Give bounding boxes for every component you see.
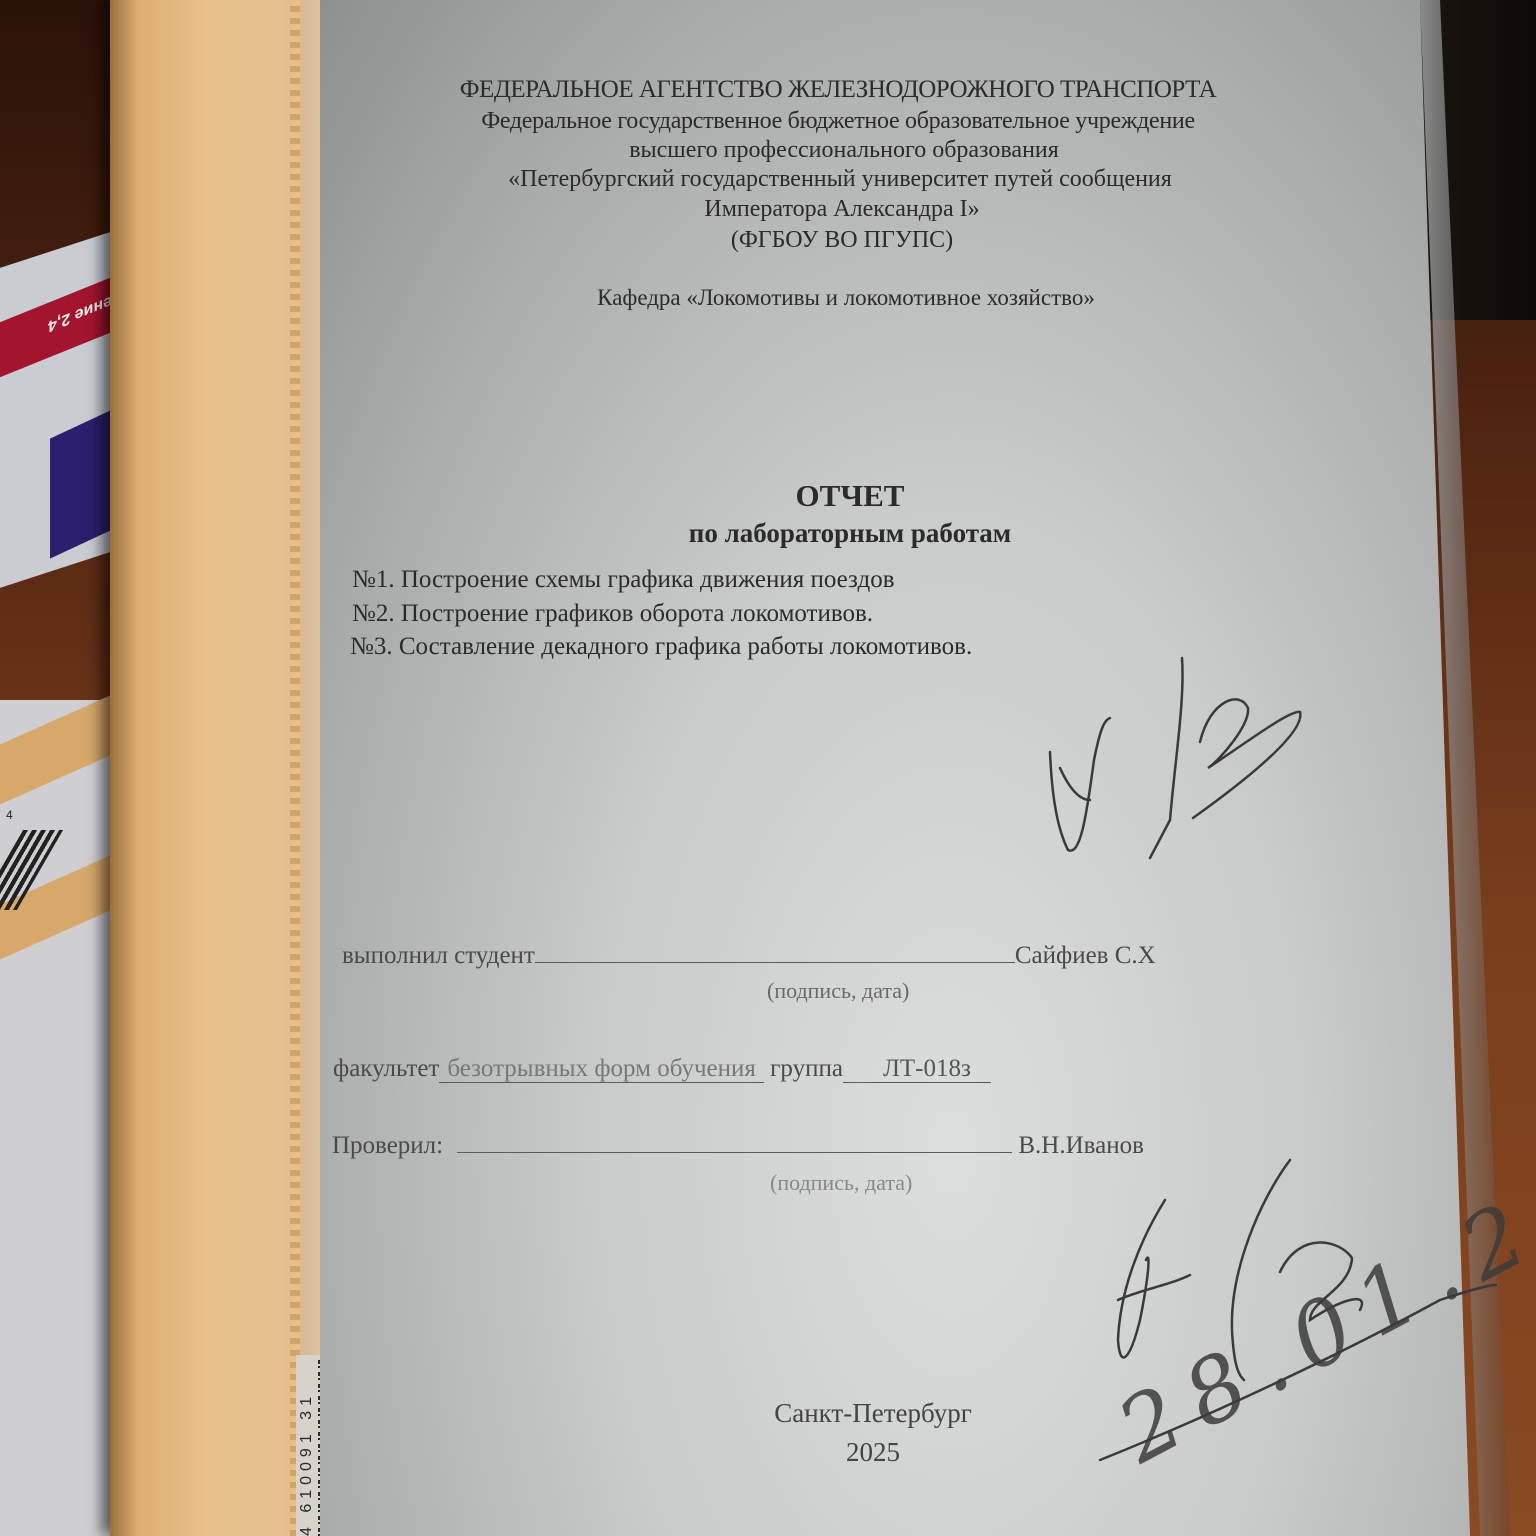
- barcode-digits: 4 610091 31: [298, 1355, 316, 1536]
- checker-row: Проверил: В.Н.Иванов: [332, 1130, 1144, 1160]
- university-line-2: Императора Александра I»: [704, 196, 979, 223]
- university-abbreviation: (ФГБОУ ВО ПГУПС): [731, 227, 953, 254]
- checker-name: В.Н.Иванов: [1018, 1132, 1144, 1159]
- city: Санкт-Петербург: [774, 1398, 972, 1429]
- department: Кафедра «Локомотивы и локомотивное хозяй…: [597, 285, 1095, 311]
- lab-work-2: №2. Построение графиков оборота локомоти…: [352, 600, 873, 628]
- report-title: ОТЧЕТ: [796, 478, 905, 514]
- student-name: Сайфиев С.Х: [1015, 942, 1156, 969]
- faculty-label: факультет: [333, 1055, 439, 1082]
- lab-work-1: №1. Построение схемы графика движения по…: [352, 566, 895, 594]
- institution-line-2: высшего профессионального образования: [629, 137, 1059, 164]
- scrap-label: ение 2,4: [48, 291, 112, 335]
- folder-rib: [290, 0, 300, 1536]
- university-line-1: «Петербургский государственный университ…: [508, 166, 1172, 193]
- checker-label: Проверил:: [332, 1132, 443, 1159]
- group-value: ЛТ-018з: [843, 1055, 991, 1083]
- student-signature-line: [535, 940, 1015, 963]
- plastic-folder: 4 610091 31: [110, 0, 350, 1536]
- scrap-barcode-digit: 4: [6, 808, 13, 822]
- checker-signature-line: [457, 1130, 1012, 1153]
- year: 2025: [846, 1437, 900, 1468]
- paper-scrap-lower: [0, 700, 110, 1536]
- student-row: выполнил студентСайфиев С.Х: [342, 940, 1156, 970]
- student-signature-hint: (подпись, дата): [767, 978, 909, 1004]
- agency-heading: ФЕДЕРАЛЬНОЕ АГЕНТСТВО ЖЕЛЕЗНОДОРОЖНОГО Т…: [460, 76, 1216, 104]
- institution-line-1: Федеральное государственное бюджетное об…: [481, 108, 1195, 135]
- group-label: группа: [770, 1055, 843, 1082]
- faculty-row: факультетбезотрывных форм обучения групп…: [333, 1055, 991, 1083]
- checker-signature-hint: (подпись, дата): [770, 1170, 912, 1196]
- lab-work-3: №3. Составление декадного графика работы…: [350, 633, 972, 661]
- faculty-value: безотрывных форм обучения: [439, 1055, 764, 1083]
- report-subtitle: по лабораторным работам: [689, 518, 1011, 549]
- student-label: выполнил студент: [342, 942, 535, 969]
